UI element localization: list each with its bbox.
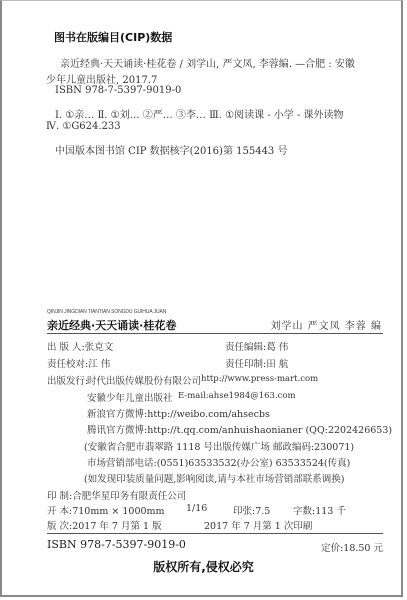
word-count: 字数:113 千 bbox=[293, 503, 346, 517]
copyright-notice: 版权所有,侵权必究 bbox=[0, 558, 407, 575]
cip-entry-line1: 亲近经典·天天诵读·桂花卷 / 刘学山, 严文凤, 李蓉编. —合肥 : 安徽 bbox=[60, 55, 355, 70]
format-fraction: 1/16 bbox=[186, 503, 207, 514]
cip-isbn: ISBN 978-7-5397-9019-0 bbox=[55, 85, 181, 96]
title-divider bbox=[47, 333, 383, 334]
print-in-charge: 责任印制:田 航 bbox=[225, 356, 288, 370]
tencent-weibo: 腾讯官方微博:http://t.qq.com/anhuishaonianer (… bbox=[87, 422, 392, 436]
cip-verification-number: 中国版本图书馆 CIP 数据核字(2016)第 155443 号 bbox=[55, 142, 287, 157]
edition: 版 次:2017 年 7 月第 1 版 bbox=[47, 518, 162, 532]
cip-subject-line2: Ⅳ. ①G624.233 bbox=[46, 121, 121, 132]
price: 定价:18.50 元 bbox=[321, 540, 383, 554]
publisher-name: 安徽少年儿童出版社 bbox=[87, 390, 173, 404]
email-link[interactable]: E-mail:ahse1984@163.com bbox=[178, 391, 296, 401]
cip-subject-line1: Ⅰ. ①亲… Ⅱ. ①刘… ②严… ③李… Ⅲ. ①阅读课 - 小学 - 课外读… bbox=[55, 106, 344, 121]
footer-isbn: ISBN 978-7-5397-9019-0 bbox=[47, 538, 186, 551]
marketing-phone: 市场营销部电话:(0551)63533532(办公室) 63533524(传真) bbox=[87, 455, 350, 469]
distribution-url-link[interactable]: http://www.press-mart.com bbox=[201, 374, 318, 384]
cip-heading: 图书在版编目(CIP)数据 bbox=[54, 29, 172, 45]
distribution-label: 出版发行: bbox=[47, 373, 88, 387]
editor-in-charge: 责任编辑:葛 伟 bbox=[225, 339, 288, 353]
sina-weibo: 新浪官方微博:http://weibo.com/ahsecbs bbox=[87, 406, 270, 420]
book-title-pinyin: QINJIN JINGDIAN TIANTIAN SONGDU GUIHUA J… bbox=[47, 309, 166, 315]
address: (安徽省合肥市翡翠路 1118 号出版传媒广场 邮政编码:230071) bbox=[84, 439, 354, 453]
printing: 2017 年 7 月第 1 次印刷 bbox=[204, 518, 312, 532]
publisher-person: 出 版 人:张克文 bbox=[47, 339, 113, 353]
printer: 印 制:合肥华星印务有限责任公司 bbox=[47, 488, 186, 502]
cip-entry-line2: 少年儿童出版社, 2017.7 bbox=[46, 71, 157, 86]
quality-notice: (如发现印装质量问题,影响阅读,请与本社市场营销部联系调换) bbox=[84, 471, 344, 485]
printed-sheets: 印张:7.5 bbox=[233, 503, 270, 517]
format: 开 本:710mm × 1000mm bbox=[47, 503, 165, 517]
proofreader: 责任校对:江 伟 bbox=[47, 356, 110, 370]
distribution-company: 时代出版传媒股份有限公司 bbox=[87, 373, 201, 387]
book-title: 亲近经典·天天诵读·桂花卷 bbox=[47, 317, 176, 333]
footer-divider bbox=[47, 533, 383, 534]
book-editors: 刘学山 严文凤 李蓉 编 bbox=[270, 317, 382, 332]
